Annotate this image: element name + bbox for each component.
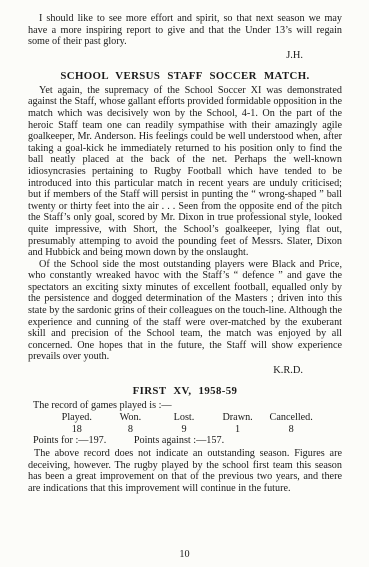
intro-paragraph: I should like to see more effort and spi… — [28, 13, 342, 48]
record-value-drawn: 1 — [211, 424, 265, 436]
record-header-won: Won. — [104, 412, 158, 424]
page-number: 10 — [0, 549, 369, 560]
record-header-played: Played. — [50, 412, 104, 424]
first-xv-heading: FIRST XV, 1958-59 — [28, 385, 342, 397]
record-header-drawn: Drawn. — [211, 412, 265, 424]
points-line: Points for :—197. Points against :—157. — [28, 435, 342, 447]
soccer-match-heading: SCHOOL VERSUS STAFF SOCCER MATCH. — [28, 70, 342, 82]
record-intro-line: The record of games played is :— — [28, 400, 342, 412]
record-value-played: 18 — [50, 424, 104, 436]
record-header-cancelled: Cancelled. — [264, 412, 318, 424]
soccer-match-signature: K.R.D. — [28, 365, 342, 377]
intro-signature: J.H. — [28, 50, 342, 62]
record-value-won: 8 — [104, 424, 158, 436]
soccer-match-paragraph-2: Of the School side the most outstanding … — [28, 259, 342, 363]
document-page: I should like to see more effort and spi… — [0, 0, 369, 567]
record-header-lost: Lost. — [157, 412, 211, 424]
soccer-match-paragraph-1: Yet again, the supremacy of the School S… — [28, 85, 342, 259]
record-table-headers: Played. Won. Lost. Drawn. Cancelled. — [50, 412, 318, 424]
points-for-text: Points for :—197. — [33, 435, 106, 446]
record-value-lost: 9 — [157, 424, 211, 436]
closing-paragraph: The above record does not indicate an ou… — [28, 448, 342, 494]
record-value-cancelled: 8 — [264, 424, 318, 436]
points-against-text: Points against :—157. — [134, 435, 224, 446]
record-table-values: 18 8 9 1 8 — [50, 424, 318, 436]
